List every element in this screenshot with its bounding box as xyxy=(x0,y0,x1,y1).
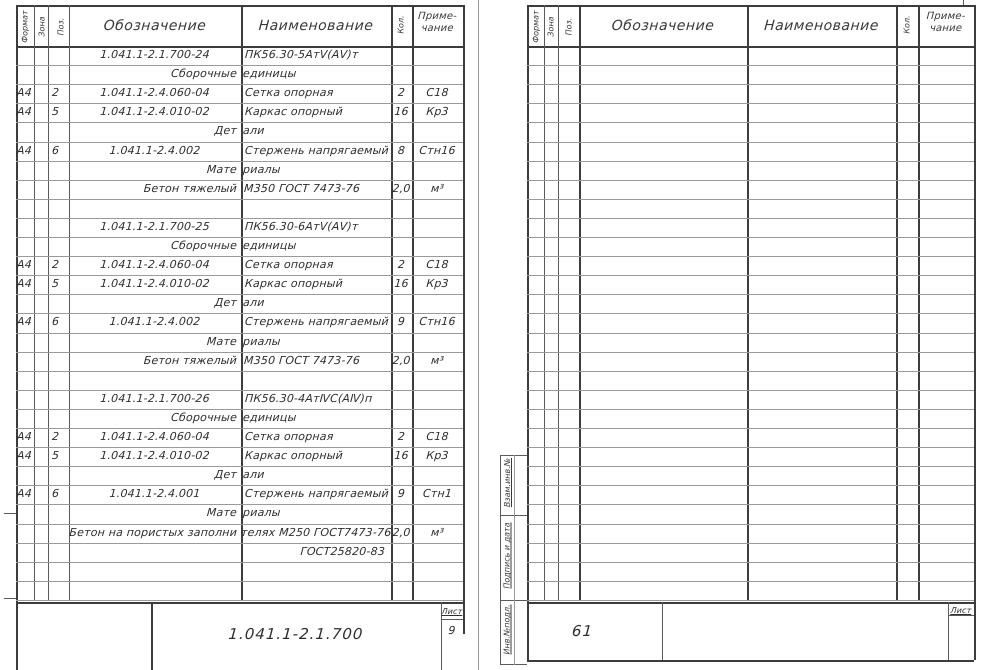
grid-line-h xyxy=(527,524,974,525)
grid-line-h xyxy=(527,142,974,143)
column-header-quantity: Кол. xyxy=(397,10,406,40)
grid-line-h xyxy=(16,256,463,257)
grid-line-h xyxy=(16,581,463,582)
grid-line-h xyxy=(16,65,463,66)
grid-line-h xyxy=(527,5,974,7)
grid-line-h xyxy=(527,103,974,104)
cell-quantity: 16 xyxy=(391,277,413,291)
grid-line-v xyxy=(478,0,479,670)
cell-format: А4 xyxy=(17,449,36,463)
grid-line-h xyxy=(16,562,463,563)
cell-designation: 1.041.1-2.4.001 xyxy=(69,487,242,501)
cell-note: С18 xyxy=(412,258,464,272)
grid-line-h xyxy=(16,390,463,391)
grid-line-h xyxy=(527,409,974,410)
grid-line-h xyxy=(16,409,463,410)
cell-note: м³ xyxy=(412,182,464,196)
grid-line-h xyxy=(527,333,974,334)
grid-line-v xyxy=(48,5,49,600)
grid-line-v xyxy=(747,5,749,600)
cell-note: Кр3 xyxy=(412,449,464,463)
grid-line-h xyxy=(16,600,463,601)
cell-designation: 1.041.1-2.4.010-02 xyxy=(69,449,242,463)
sheet-number: 9 xyxy=(441,624,464,638)
side-stamp-label: Подпись и дата xyxy=(503,521,512,591)
grid-line-h xyxy=(16,5,463,7)
grid-line-h xyxy=(527,199,974,200)
cell-quantity: 2 xyxy=(391,258,413,272)
grid-line-v xyxy=(662,602,663,660)
cell-designation: 1.041.1-2.4.002 xyxy=(69,315,242,329)
cell-quantity: 2,0 xyxy=(391,354,413,368)
cell-note: Стн16 xyxy=(412,315,464,329)
cell-name: телях М250 ГОСТ7473-76 xyxy=(241,526,392,540)
cell-name: Стержень напрягаемый xyxy=(245,487,396,501)
column-header-note-1: Приме- xyxy=(918,11,975,22)
cell-quantity: 8 xyxy=(391,144,413,158)
section-title-right: единицы xyxy=(243,411,394,425)
grid-line-h xyxy=(16,447,463,448)
cell-format: А4 xyxy=(17,487,36,501)
cell-designation: Бетон тяжелый xyxy=(69,182,238,196)
cell-quantity: 16 xyxy=(391,105,413,119)
column-header-format: Формат xyxy=(532,8,541,46)
grid-line-h xyxy=(527,237,974,238)
cell-designation: 1.041.1-2.4.060-04 xyxy=(69,258,242,272)
cell-name: ПК56.30-6АтⅤ(АⅤ)т xyxy=(245,220,396,234)
grid-line-h xyxy=(527,543,974,544)
side-stamp-label: Инв.№подл. xyxy=(503,605,512,655)
page-number: 61 xyxy=(571,622,632,640)
column-header-zone: Зона xyxy=(547,12,556,42)
grid-line-h xyxy=(527,390,974,391)
grid-line-h xyxy=(16,180,463,181)
document-code: 1.041.1-2.1.700 xyxy=(150,625,441,643)
grid-line-h xyxy=(441,619,463,620)
grid-line-h xyxy=(527,602,974,604)
sheet-label: Лист xyxy=(948,604,975,618)
cell-format: А4 xyxy=(17,105,36,119)
grid-line-h xyxy=(527,275,974,276)
grid-line-h xyxy=(4,598,16,599)
grid-line-h xyxy=(527,313,974,314)
grid-line-v xyxy=(918,5,920,600)
grid-line-h xyxy=(527,504,974,505)
section-title-left: Сборочные xyxy=(69,239,238,253)
section-title-right: риалы xyxy=(243,163,394,177)
cell-quantity: 2,0 xyxy=(391,526,413,540)
grid-line-h xyxy=(16,428,463,429)
grid-line-h xyxy=(527,447,974,448)
grid-line-v xyxy=(579,5,581,600)
cell-name: Стержень напрягаемый xyxy=(245,315,396,329)
section-title-left: Мате xyxy=(69,506,238,520)
grid-line-h xyxy=(16,524,463,525)
cell-designation: 1.041.1-2.4.010-02 xyxy=(69,105,242,119)
cell-note: Кр3 xyxy=(412,105,464,119)
cell-quantity: 9 xyxy=(391,315,413,329)
cell-name: Сетка опорная xyxy=(245,430,396,444)
section-title-right: единицы xyxy=(243,239,394,253)
grid-line-h xyxy=(16,543,463,544)
cell-name: ПК56.30-5АтⅤ(АⅤ)т xyxy=(245,48,396,62)
column-header-name: Наименование xyxy=(746,17,896,35)
cell-name: М350 ГОСТ 7473-76 xyxy=(244,182,395,196)
cell-name: Стержень напрягаемый xyxy=(245,144,396,158)
grid-line-h xyxy=(527,428,974,429)
section-title-left: Сборочные xyxy=(69,67,238,81)
grid-line-h xyxy=(527,65,974,66)
section-title-left: Сборочные xyxy=(69,411,238,425)
grid-line-h xyxy=(527,46,974,48)
side-stamp-label: Взам.инв.№ xyxy=(503,455,512,510)
grid-line-v xyxy=(514,455,515,665)
grid-line-v xyxy=(896,5,898,600)
grid-line-h xyxy=(527,161,974,162)
column-header-designation: Обозначение xyxy=(68,17,241,35)
cell-note: Стн1 xyxy=(412,487,464,501)
section-title-right: единицы xyxy=(243,67,394,81)
cell-quantity: 9 xyxy=(391,487,413,501)
cell-name: ПК56.30-4АтⅣС(АⅣ)п xyxy=(245,392,396,406)
column-header-note-1: Приме- xyxy=(412,11,464,22)
grid-line-v xyxy=(558,5,559,600)
cell-name: Сетка опорная xyxy=(245,86,396,100)
cell-name: Каркас опорный xyxy=(245,449,396,463)
cell-name: Каркас опорный xyxy=(245,105,396,119)
cell-designation: 1.041.1-2.1.700-26 xyxy=(69,392,242,406)
grid-line-h xyxy=(527,485,974,486)
column-header-name: Наименование xyxy=(240,17,391,35)
grid-line-h xyxy=(16,218,463,219)
grid-line-v xyxy=(463,5,465,634)
grid-line-v xyxy=(544,5,545,600)
cell-note: Кр3 xyxy=(412,277,464,291)
column-header-note-2: чание xyxy=(412,23,464,34)
cell-designation: 1.041.1-2.1.700-25 xyxy=(69,220,242,234)
grid-line-h xyxy=(527,122,974,123)
cell-quantity: 16 xyxy=(391,449,413,463)
cell-designation: Бетон тяжелый xyxy=(69,354,238,368)
cell-name: Сетка опорная xyxy=(245,258,396,272)
cell-name: Каркас опорный xyxy=(245,277,396,291)
grid-line-h xyxy=(527,562,974,563)
section-title-right: али xyxy=(243,124,394,138)
column-header-position: Поз. xyxy=(57,12,66,42)
section-title-left: Мате xyxy=(69,163,238,177)
section-title-right: али xyxy=(243,468,394,482)
section-title-left: Дет xyxy=(69,124,238,138)
cell-format: А4 xyxy=(17,144,36,158)
grid-line-v xyxy=(974,5,976,660)
cell-format: А4 xyxy=(17,315,36,329)
grid-line-h xyxy=(527,294,974,295)
column-header-position: Поз. xyxy=(565,12,574,42)
section-title-left: Мате xyxy=(69,335,238,349)
cell-designation: 1.041.1-2.1.700-24 xyxy=(69,48,242,62)
grid-line-h xyxy=(527,84,974,85)
grid-line-h xyxy=(527,218,974,219)
grid-line-v xyxy=(963,0,964,5)
cell-note: С18 xyxy=(412,86,464,100)
cell-format: А4 xyxy=(17,430,36,444)
section-title-right: али xyxy=(243,296,394,310)
column-header-designation: Обозначение xyxy=(578,17,747,35)
cell-note: С18 xyxy=(412,430,464,444)
grid-line-h xyxy=(16,161,463,162)
section-title-left: Дет xyxy=(69,296,238,310)
section-title-left: Дет xyxy=(69,468,238,482)
grid-line-h xyxy=(4,513,16,514)
cell-note: м³ xyxy=(412,526,464,540)
grid-line-h xyxy=(527,466,974,467)
grid-line-h xyxy=(527,581,974,582)
grid-line-h xyxy=(16,199,463,200)
grid-line-h xyxy=(527,180,974,181)
cell-note: м³ xyxy=(412,354,464,368)
section-title-right: риалы xyxy=(243,506,394,520)
cell-designation: 1.041.1-2.4.060-04 xyxy=(69,430,242,444)
cell-designation: Бетон на пористых заполни xyxy=(59,526,238,540)
cell-quantity: 2 xyxy=(391,86,413,100)
column-header-quantity: Кол. xyxy=(903,10,912,40)
grid-line-h xyxy=(527,352,974,353)
grid-line-h xyxy=(16,237,463,238)
cell-format: А4 xyxy=(17,258,36,272)
cell-designation: 1.041.1-2.4.002 xyxy=(69,144,242,158)
cell-format: А4 xyxy=(17,86,36,100)
cell-designation: 1.041.1-2.4.060-04 xyxy=(69,86,242,100)
section-title-right: риалы xyxy=(243,335,394,349)
cell-name: М350 ГОСТ 7473-76 xyxy=(244,354,395,368)
column-header-note-2: чание xyxy=(918,23,975,34)
grid-line-h xyxy=(16,371,463,372)
grid-line-h xyxy=(527,660,974,662)
sheet-label: Лист xyxy=(441,605,464,619)
grid-line-v xyxy=(500,455,501,665)
grid-line-h xyxy=(527,371,974,372)
grid-line-h xyxy=(16,352,463,353)
cell-format: А4 xyxy=(17,277,36,291)
grid-line-h xyxy=(527,600,974,601)
grid-line-h xyxy=(16,142,463,143)
column-header-format: Формат xyxy=(21,8,30,46)
column-header-zone: Зона xyxy=(38,12,47,42)
cell-quantity: 2,0 xyxy=(391,182,413,196)
grid-line-h xyxy=(527,256,974,257)
cell-name: ГОСТ25820-83 xyxy=(241,545,386,559)
grid-line-h xyxy=(16,602,464,604)
cell-note: Стн16 xyxy=(412,144,464,158)
cell-quantity: 2 xyxy=(391,430,413,444)
grid-line-h xyxy=(16,333,463,334)
cell-designation: 1.041.1-2.4.010-02 xyxy=(69,277,242,291)
